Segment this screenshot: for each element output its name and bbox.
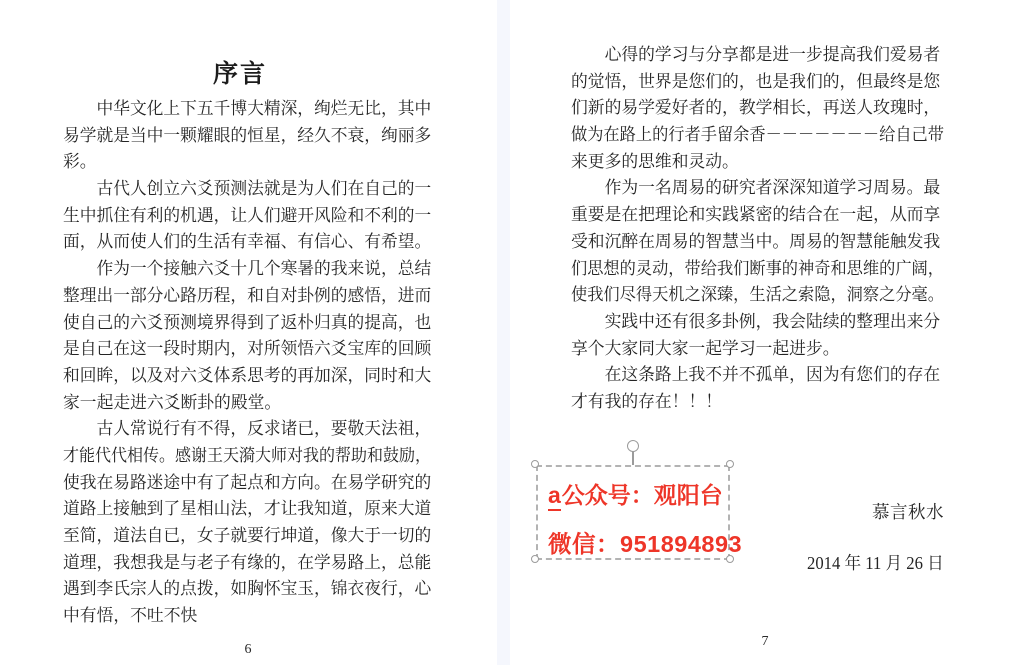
document-spread: 序言 中华文化上下五千博大精深，绚烂无比，其中 易学就是当中一颗耀眼的恒星，经久… <box>0 0 1013 665</box>
text-line: 遇到李氏宗人的点拨，如胸怀宝玉，锦衣夜行，心 <box>63 576 430 603</box>
textbox-rotation-stem <box>632 451 634 465</box>
text-line: 们新的易学爱好者的，教学相长，再送人玫瑰时， <box>571 95 944 122</box>
page-seam <box>497 0 510 665</box>
wechat-number-text: 微信：951894893 <box>548 525 742 559</box>
text-line: 作为一个接触六爻十几个寒暑的我来说，总结 <box>63 256 430 283</box>
text-line: 作为一名周易的研究者深深知道学习周易。最 <box>571 175 944 202</box>
text-line: 古人常说行有不得，反求诸已，要敬天法祖， <box>63 416 430 443</box>
text-line: 中华文化上下五千博大精深，绚烂无比，其中 <box>63 96 430 123</box>
textbox-rotation-handle[interactable] <box>627 440 639 452</box>
text-line: 生中抓住有利的机遇，让人们避开风险和不利的一 <box>63 203 430 230</box>
text-line: 使自己的六爻预测境界得到了返朴归真的提高，也 <box>63 310 430 337</box>
text-line: 心得的学习与分享都是进一步提高我们爱易者 <box>571 42 944 69</box>
text-line: 彩。 <box>63 149 431 176</box>
text-line: 道理，我想我是与老子有缘的，在学易路上，总能 <box>63 550 430 577</box>
text-line: 来更多的思维和灵动。 <box>571 149 944 176</box>
text-line: 是自己在这一段时期内，对所领悟六爻宝库的回顾 <box>63 336 430 363</box>
text-line: 面，从而使人们的生活有幸福、有信心、有希望。 <box>63 229 430 256</box>
text-line: 使我在易路迷途中有了起点和方向。在易学研究的 <box>63 470 430 497</box>
public-account-text: a公众号：观阳台 <box>548 477 723 510</box>
text-line: 使我们尽得天机之深臻，生活之索隐，洞察之分毫。 <box>571 282 931 309</box>
text-line: 和回眸，以及对六爻体系思考的再加深，同时和大 <box>63 363 430 390</box>
text-line: 道路上接触到了星相山法，才让我知道，原来大道 <box>63 496 430 523</box>
text-line: 才有我的存在！！！ <box>571 389 944 416</box>
underlined-a: a <box>548 482 561 511</box>
public-account-label: 公众号：观阳台 <box>562 482 723 508</box>
wechat-contact-textbox[interactable]: a公众号：观阳台 微信：951894893 <box>536 465 730 560</box>
text-line: 实践中还有很多卦例，我会陆续的整理出来分 <box>571 309 944 336</box>
left-text-column: 中华文化上下五千博大精深，绚烂无比，其中 易学就是当中一颗耀眼的恒星，经久不衰，… <box>63 96 431 630</box>
right-text-column: 心得的学习与分享都是进一步提高我们爱易者 的觉悟，世界是您们的，也是我们的，但最… <box>571 42 944 416</box>
page-number-left: 6 <box>240 642 256 658</box>
text-line: 受和沉醉在周易的智慧当中。周易的智慧能触发我 <box>571 229 944 256</box>
text-line: 做为在路上的行者手留余香－－－－－－－给自己带 <box>571 122 931 149</box>
text-line: 至简，道法自已，女子就要行坤道，像大于一切的 <box>63 523 430 550</box>
resize-handle-bottom-left[interactable] <box>531 555 539 563</box>
text-line: 才能代代相传。感谢王天漪大师对我的帮助和鼓励， <box>63 443 414 470</box>
date-line: 2014 年 11 月 26 日 <box>807 550 937 575</box>
text-line: 易学就是当中一颗耀眼的恒星，经久不衰，绚丽多 <box>63 123 430 150</box>
resize-handle-top-left[interactable] <box>531 460 539 468</box>
text-line: 整理出一部分心路历程，和自对卦例的感悟，进而 <box>63 283 430 310</box>
resize-handle-top-right[interactable] <box>726 460 734 468</box>
text-line: 家一起走进六爻断卦的殿堂。 <box>63 390 431 417</box>
text-line: 重要是在把理论和实践紧密的结合在一起，从而享 <box>571 202 944 229</box>
page-title: 序言 <box>63 54 417 90</box>
text-line: 们思想的灵动，带给我们断事的神奇和思维的广阔， <box>571 256 931 283</box>
text-line: 中有悟，不吐不快 <box>63 603 431 630</box>
text-line: 在这条路上我不并不孤单，因为有您们的存在 <box>571 362 944 389</box>
resize-handle-bottom-right[interactable] <box>726 555 734 563</box>
author-signature: 慕言秋水 <box>872 499 944 524</box>
page-number-right: 7 <box>757 634 773 650</box>
text-line: 的觉悟，世界是您们的，也是我们的，但最终是您 <box>571 69 944 96</box>
text-line: 享个大家同大家一起学习一起进步。 <box>571 336 944 363</box>
text-line: 古代人创立六爻预测法就是为人们在自己的一 <box>63 176 430 203</box>
